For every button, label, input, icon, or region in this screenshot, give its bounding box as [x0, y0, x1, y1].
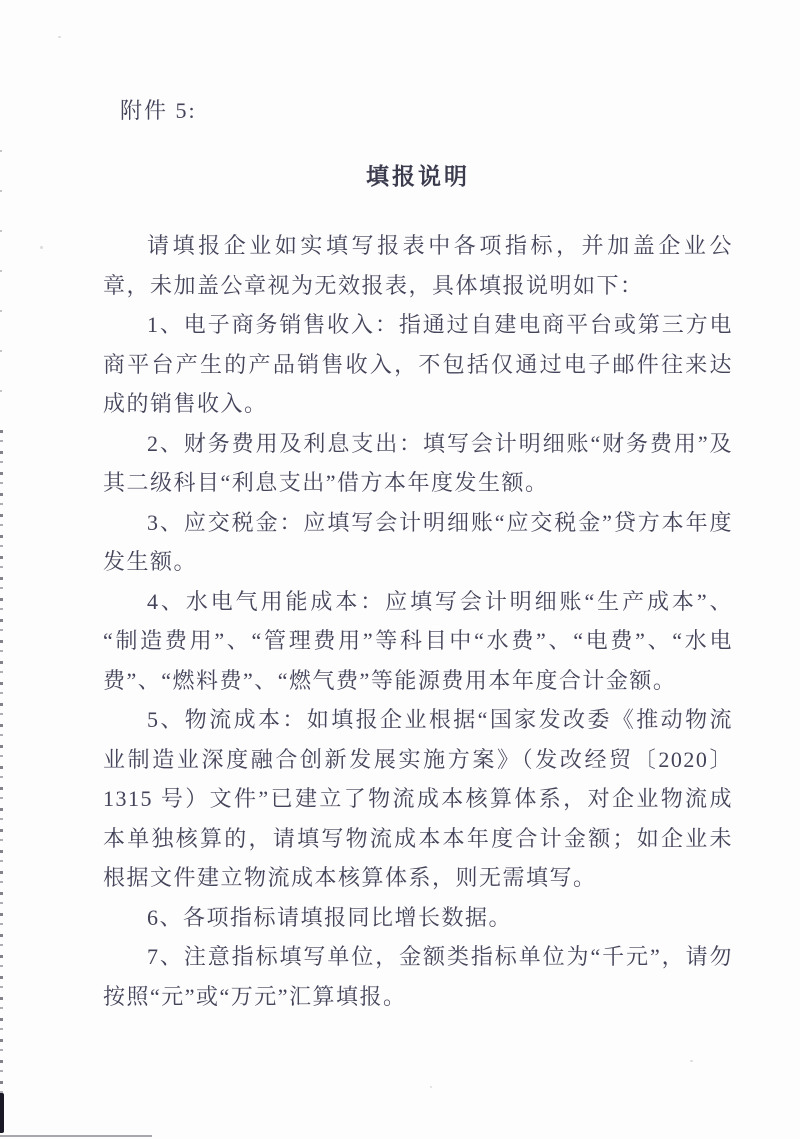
instruction-item-6: 6、各项指标请填报同比增长数据。: [103, 898, 733, 938]
page-title: 填报说明: [103, 162, 733, 192]
scan-edge-noise-upper: [0, 150, 2, 430]
instruction-item-7: 7、注意指标填写单位，金额类指标单位为“千元”，请勿按照“元”或“万元”汇算填报…: [103, 937, 733, 1016]
paper-speck: [58, 36, 61, 38]
instruction-item-5: 5、物流成本：如填报企业根据“国家发改委《推动物流业制造业深度融合创新发展实施方…: [103, 700, 733, 898]
paragraph-intro: 请填报企业如实填写报表中各项指标，并加盖企业公章，未加盖公章视为无效报表，具体填…: [103, 226, 733, 305]
document-content: 附件 5: 填报说明 请填报企业如实填写报表中各项指标，并加盖企业公章，未加盖公…: [103, 0, 733, 1016]
attachment-label: 附件 5:: [120, 96, 733, 126]
instructions-body: 请填报企业如实填写报表中各项指标，并加盖企业公章，未加盖公章视为无效报表，具体填…: [103, 226, 733, 1016]
instruction-item-2: 2、财务费用及利息支出：填写会计明细账“财务费用”及其二级科目“利息支出”借方本…: [103, 424, 733, 503]
paper-speck: [690, 1060, 693, 1062]
document-page: 附件 5: 填报说明 请填报企业如实填写报表中各项指标，并加盖企业公章，未加盖公…: [0, 0, 800, 1139]
instruction-item-3: 3、应交税金：应填写会计明细账“应交税金”贷方本年度发生额。: [103, 503, 733, 582]
paper-speck: [430, 1086, 432, 1088]
scan-edge-noise: [0, 430, 3, 1130]
instruction-item-1: 1、电子商务销售收入：指通过自建电商平台或第三方电商平台产生的产品销售收入，不包…: [103, 305, 733, 424]
scan-edge-blob: [0, 1093, 4, 1133]
paper-speck: [40, 246, 43, 249]
scan-bottom-line: [0, 1135, 152, 1137]
instruction-item-4: 4、水电气用能成本：应填写会计明细账“生产成本”、“制造费用”、“管理费用”等科…: [103, 582, 733, 701]
